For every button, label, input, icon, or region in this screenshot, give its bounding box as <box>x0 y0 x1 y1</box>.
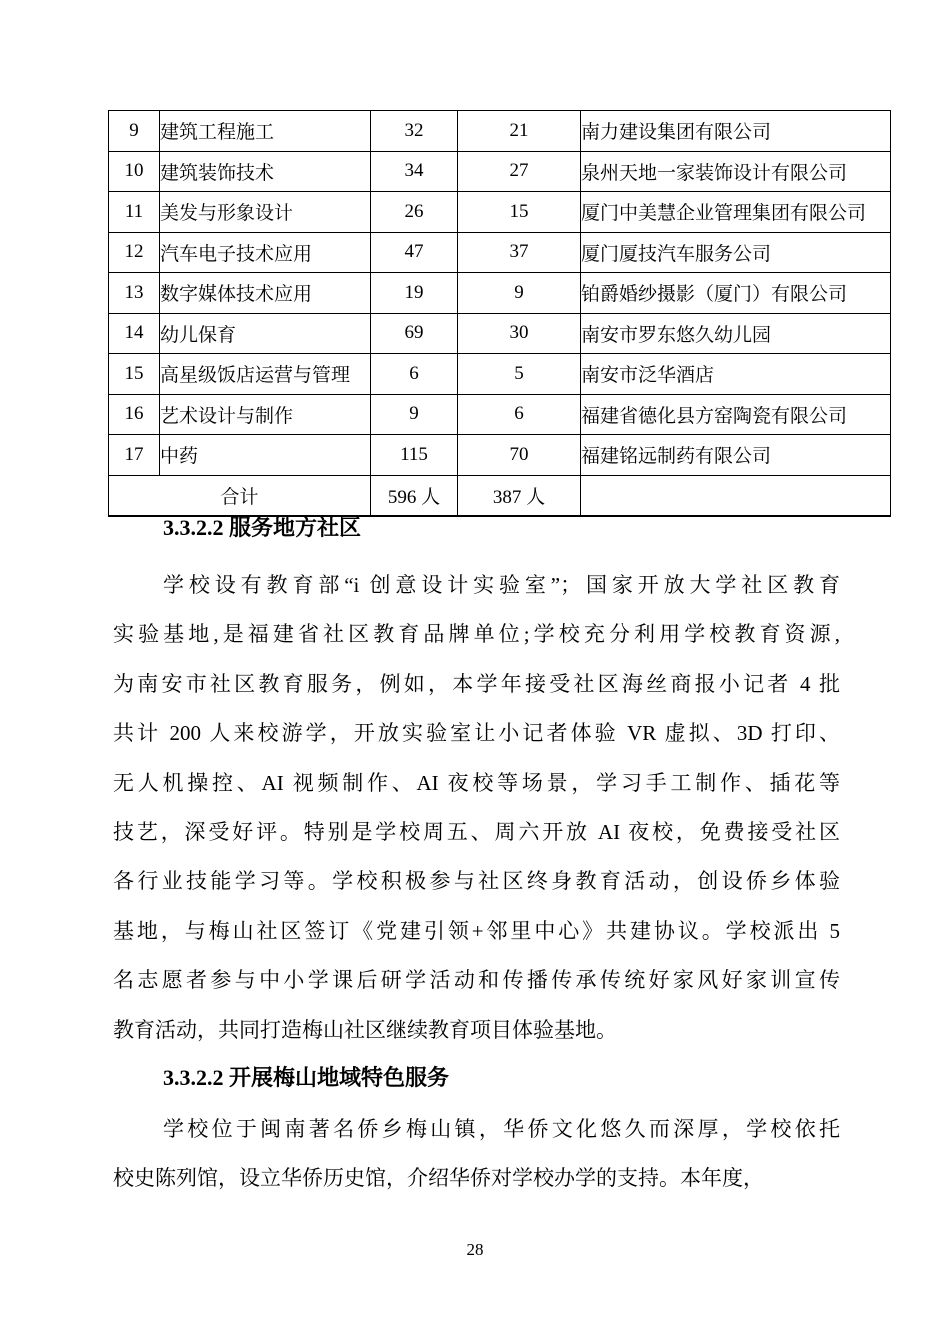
cell-value1: 26 <box>371 192 458 233</box>
table-row: 14 幼儿保育 69 30 南安市罗东悠久幼儿园 <box>109 313 891 354</box>
body-line: 校史陈列馆，设立华侨历史馆，介绍华侨对学校办学的支持。本年度， <box>113 1154 840 1203</box>
cell-no: 14 <box>109 313 160 354</box>
table-row: 10 建筑装饰技术 34 27 泉州天地一家装饰设计有限公司 <box>109 151 891 192</box>
cell-value1: 32 <box>371 111 458 152</box>
cell-value2: 6 <box>458 394 581 435</box>
body-line: 教育活动，共同打造梅山社区继续教育项目体验基地。 <box>113 1006 840 1055</box>
cell-no: 11 <box>109 192 160 233</box>
page-number: 28 <box>0 1240 950 1260</box>
cell-major: 建筑装饰技术 <box>160 151 371 192</box>
cell-company: 南安市泛华酒店 <box>581 354 891 395</box>
cell-no: 10 <box>109 151 160 192</box>
cell-major: 建筑工程施工 <box>160 111 371 152</box>
body-line: 技艺，深受好评。特别是学校周五、周六开放 AI 夜校，免费接受社区 <box>113 808 840 857</box>
cell-major: 中药 <box>160 435 371 476</box>
cell-company: 南力建设集团有限公司 <box>581 111 891 152</box>
table-row: 13 数字媒体技术应用 19 9 铂爵婚纱摄影（厦门）有限公司 <box>109 273 891 314</box>
section-heading-community-service: 3.3.2.2 服务地方社区 <box>113 513 840 543</box>
paragraph-meishan-service: 学校位于闽南著名侨乡梅山镇，华侨文化悠久而深厚，学校依托 校史陈列馆，设立华侨历… <box>113 1105 840 1204</box>
body-line: 为南安市社区教育服务，例如，本学年接受社区海丝商报小记者 4 批 <box>113 660 840 709</box>
cell-company: 厦门厦技汽车服务公司 <box>581 232 891 273</box>
table-row: 9 建筑工程施工 32 21 南力建设集团有限公司 <box>109 111 891 152</box>
body-line: 名志愿者参与中小学课后研学活动和传播传承传统好家风好家训宣传 <box>113 956 840 1005</box>
cell-value2: 70 <box>458 435 581 476</box>
cell-value2: 37 <box>458 232 581 273</box>
cell-no: 17 <box>109 435 160 476</box>
cell-no: 9 <box>109 111 160 152</box>
cell-no: 12 <box>109 232 160 273</box>
cell-total-label: 合计 <box>109 475 371 516</box>
cell-no: 13 <box>109 273 160 314</box>
employment-table: 9 建筑工程施工 32 21 南力建设集团有限公司 10 建筑装饰技术 34 2… <box>108 110 891 517</box>
cell-value2: 21 <box>458 111 581 152</box>
body-line: 共计 200 人来校游学，开放实验室让小记者体验 VR 虚拟、3D 打印、 <box>113 709 840 758</box>
cell-value1: 9 <box>371 394 458 435</box>
cell-total-value2: 387 人 <box>458 475 581 516</box>
cell-value2: 30 <box>458 313 581 354</box>
section-heading-meishan-service: 3.3.2.2 开展梅山地域特色服务 <box>113 1063 840 1093</box>
body-line: 实验基地,是福建省社区教育品牌单位;学校充分利用学校教育资源, <box>113 610 840 659</box>
cell-value2: 5 <box>458 354 581 395</box>
cell-company: 南安市罗东悠久幼儿园 <box>581 313 891 354</box>
cell-total-company <box>581 475 891 516</box>
document-page: 9 建筑工程施工 32 21 南力建设集团有限公司 10 建筑装饰技术 34 2… <box>0 0 950 1343</box>
cell-company: 铂爵婚纱摄影（厦门）有限公司 <box>581 273 891 314</box>
body-line: 学校设有教育部“i 创意设计实验室”；国家开放大学社区教育 <box>113 561 840 610</box>
body-line: 无人机操控、AI 视频制作、AI 夜校等场景，学习手工制作、插花等 <box>113 759 840 808</box>
cell-value1: 19 <box>371 273 458 314</box>
table-row: 12 汽车电子技术应用 47 37 厦门厦技汽车服务公司 <box>109 232 891 273</box>
cell-no: 15 <box>109 354 160 395</box>
table-row: 17 中药 115 70 福建铭远制药有限公司 <box>109 435 891 476</box>
table-row: 15 高星级饭店运营与管理 6 5 南安市泛华酒店 <box>109 354 891 395</box>
cell-value2: 27 <box>458 151 581 192</box>
cell-value1: 47 <box>371 232 458 273</box>
cell-major: 汽车电子技术应用 <box>160 232 371 273</box>
cell-value1: 6 <box>371 354 458 395</box>
body-line: 各行业技能学习等。学校积极参与社区终身教育活动，创设侨乡体验 <box>113 857 840 906</box>
body-line: 基地，与梅山社区签订《党建引领+邻里中心》共建协议。学校派出 5 <box>113 907 840 956</box>
cell-major: 幼儿保育 <box>160 313 371 354</box>
body-line: 学校位于闽南著名侨乡梅山镇，华侨文化悠久而深厚，学校依托 <box>113 1105 840 1154</box>
cell-company: 福建省德化县方窑陶瓷有限公司 <box>581 394 891 435</box>
table-row: 11 美发与形象设计 26 15 厦门中美慧企业管理集团有限公司 <box>109 192 891 233</box>
cell-no: 16 <box>109 394 160 435</box>
cell-company: 泉州天地一家装饰设计有限公司 <box>581 151 891 192</box>
cell-major: 美发与形象设计 <box>160 192 371 233</box>
cell-value2: 9 <box>458 273 581 314</box>
table-row: 16 艺术设计与制作 9 6 福建省德化县方窑陶瓷有限公司 <box>109 394 891 435</box>
cell-value2: 15 <box>458 192 581 233</box>
cell-total-value1: 596 人 <box>371 475 458 516</box>
cell-major: 数字媒体技术应用 <box>160 273 371 314</box>
cell-major: 高星级饭店运营与管理 <box>160 354 371 395</box>
cell-major: 艺术设计与制作 <box>160 394 371 435</box>
cell-company: 厦门中美慧企业管理集团有限公司 <box>581 192 891 233</box>
cell-value1: 34 <box>371 151 458 192</box>
paragraph-community-service: 学校设有教育部“i 创意设计实验室”；国家开放大学社区教育 实验基地,是福建省社… <box>113 561 840 1055</box>
table-total-row: 合计 596 人 387 人 <box>109 475 891 516</box>
cell-value1: 115 <box>371 435 458 476</box>
cell-company: 福建铭远制药有限公司 <box>581 435 891 476</box>
cell-value1: 69 <box>371 313 458 354</box>
